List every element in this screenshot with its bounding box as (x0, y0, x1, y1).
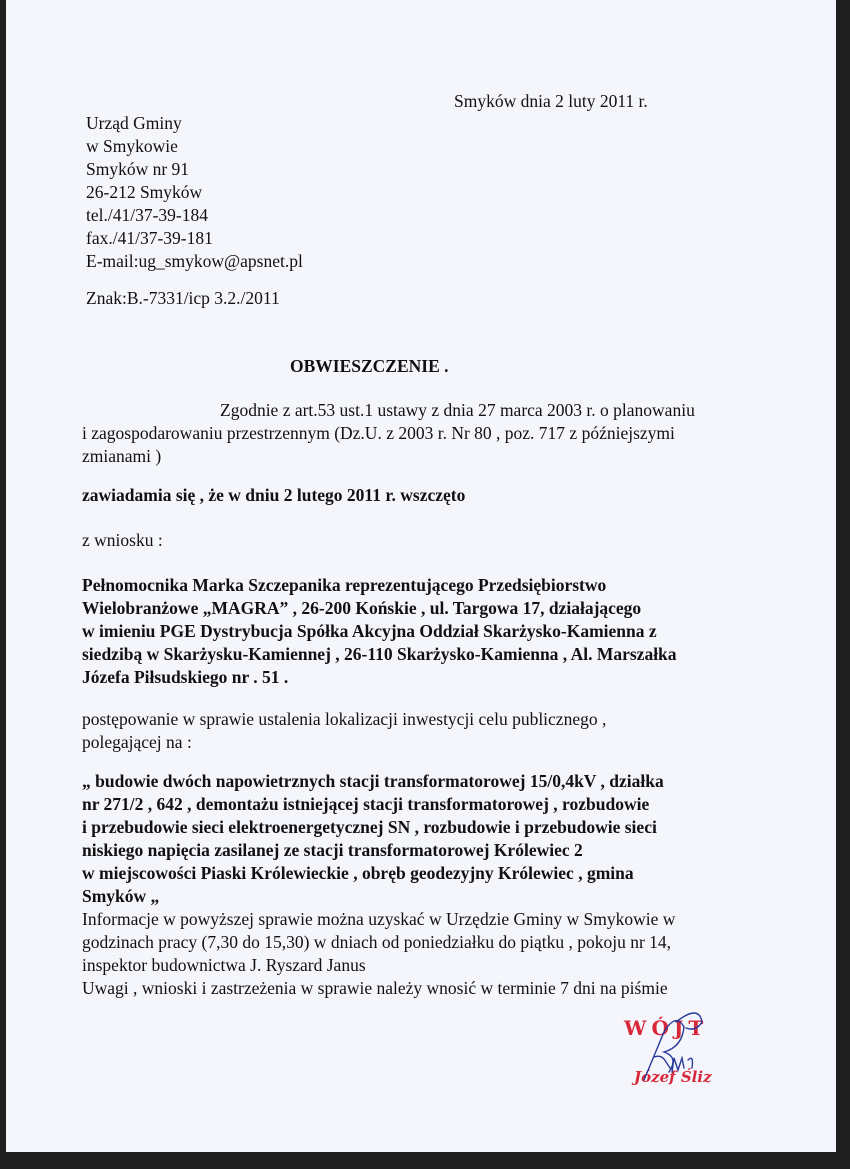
document-title: OBWIESZCZENIE . (290, 355, 449, 377)
paragraph-line: Uwagi , wnioski i zastrzeżenia w sprawie… (82, 977, 675, 1000)
paragraph-line: polegającej na : (82, 731, 606, 754)
paragraph-line: zmianami ) (82, 445, 695, 468)
sender-line: w Smykowie (86, 135, 303, 158)
date-line: Smyków dnia 2 luty 2011 r. (454, 90, 648, 112)
applicant-paragraph: Pełnomocnika Marka Szczepanika reprezent… (82, 574, 677, 689)
paragraph-line: i zagospodarowaniu przestrzennym (Dz.U. … (82, 422, 695, 445)
paragraph-line: i przebudowie sieci elektroenergetycznej… (82, 816, 664, 839)
on-request-label: z wniosku : (82, 529, 163, 551)
sender-line: Urząd Gminy (86, 112, 303, 135)
reference-number: Znak:B.-7331/icp 3.2./2011 (86, 287, 280, 309)
paragraph-line: w imieniu PGE Dystrybucja Spółka Akcyjna… (82, 620, 677, 643)
paragraph-line: w miejscowości Piaski Królewieckie , obr… (82, 862, 664, 885)
paragraph-line: Józefa Piłsudskiego nr . 51 . (82, 666, 677, 689)
sender-fax: fax./41/37-39-181 (86, 227, 303, 250)
paragraph-line: inspektor budownictwa J. Ryszard Janus (82, 954, 675, 977)
official-stamp: WÓJT Józef Śliz (624, 1016, 744, 1096)
paragraph-line: Pełnomocnika Marka Szczepanika reprezent… (82, 574, 677, 597)
legal-basis-paragraph: Zgodnie z art.53 ust.1 ustawy z dnia 27 … (82, 399, 695, 468)
notification-line: zawiadamia się , że w dniu 2 lutego 2011… (82, 484, 465, 506)
information-paragraph: Informacje w powyższej sprawie można uzy… (82, 908, 675, 1000)
sender-phone: tel./41/37-39-184 (86, 204, 303, 227)
paragraph-line: „ budowie dwóch napowietrznych stacji tr… (82, 770, 664, 793)
paragraph-line: siedzibą w Skarżysku-Kamiennej , 26-110 … (82, 643, 677, 666)
paragraph-line: Smyków „ (82, 885, 664, 908)
paragraph-line: niskiego napięcia zasilanej ze stacji tr… (82, 839, 664, 862)
document-page: Smyków dnia 2 luty 2011 r. Urząd Gminy w… (6, 0, 836, 1152)
paragraph-line: Wielobranżowe „MAGRA” , 26-200 Końskie ,… (82, 597, 677, 620)
proceeding-paragraph: postępowanie w sprawie ustalenia lokaliz… (82, 708, 606, 754)
handwritten-signature-icon (624, 1002, 734, 1092)
paragraph-line: postępowanie w sprawie ustalenia lokaliz… (82, 708, 606, 731)
investment-scope-paragraph: „ budowie dwóch napowietrznych stacji tr… (82, 770, 664, 908)
sender-email: E-mail:ug_smykow@apsnet.pl (86, 250, 303, 273)
sender-line: 26-212 Smyków (86, 181, 303, 204)
paragraph-line: Informacje w powyższej sprawie można uzy… (82, 908, 675, 931)
sender-address: Urząd Gminy w Smykowie Smyków nr 91 26-2… (86, 112, 303, 273)
paragraph-line: nr 271/2 , 642 , demontażu istniejącej s… (82, 793, 664, 816)
sender-line: Smyków nr 91 (86, 158, 303, 181)
paragraph-line: Zgodnie z art.53 ust.1 ustawy z dnia 27 … (82, 399, 695, 422)
paragraph-line: godzinach pracy (7,30 do 15,30) w dniach… (82, 931, 675, 954)
